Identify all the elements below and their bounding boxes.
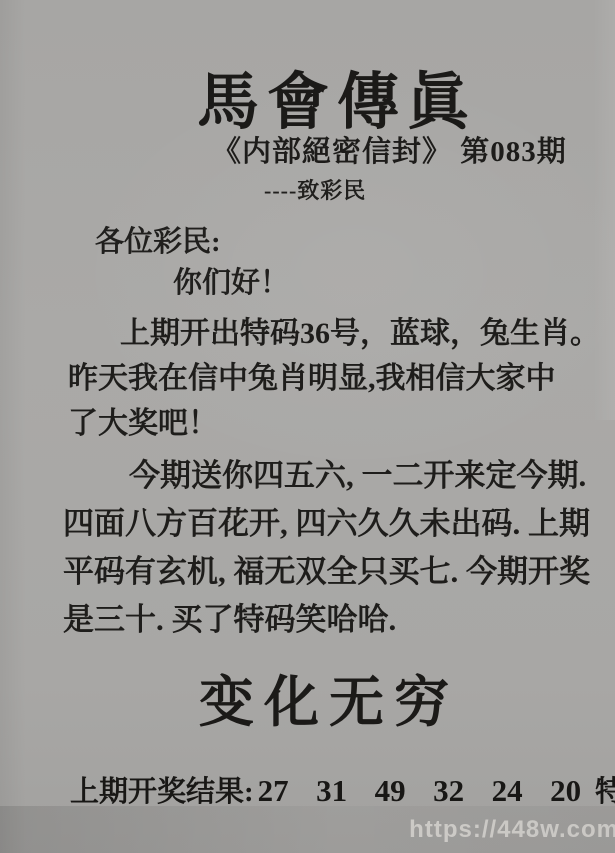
subtitle-issue: 《内部絕密信封》 第083期 <box>212 129 567 170</box>
site-watermark: https://448w.com <box>409 816 615 844</box>
results-special: 特36 <box>595 776 615 808</box>
results-label: 上期开奖结果: <box>70 776 254 808</box>
fax-scan-document: 馬會傳眞 《内部絕密信封》 第083期 ----致彩民 各位彩民: 你们好！ 上… <box>0 0 615 853</box>
previous-draw-results: 上期开奖结果:27 31 49 32 24 20特36 <box>70 769 615 810</box>
paragraph-current-tips: 今期送你四五六, 一二开来定今期.四面八方百花开, 四六久久未出码. 上期平码有… <box>63 452 590 644</box>
scan-shadow-left <box>0 0 26 853</box>
results-numbers: 27 31 49 32 24 20 <box>258 773 582 808</box>
dedication-line: ----致彩民 <box>264 174 366 205</box>
special-label: 特 <box>595 776 615 808</box>
salutation: 各位彩民: <box>95 219 221 260</box>
greeting: 你们好！ <box>173 260 289 301</box>
page-title: 馬會傳眞 <box>197 52 477 141</box>
paragraph-previous-result: 上期开出特码36号，蓝球，兔生肖。昨天我在信中兔肖明显,我相信大家中了大奖吧！ <box>68 311 600 446</box>
slogan: 变化无穷 <box>199 658 459 737</box>
